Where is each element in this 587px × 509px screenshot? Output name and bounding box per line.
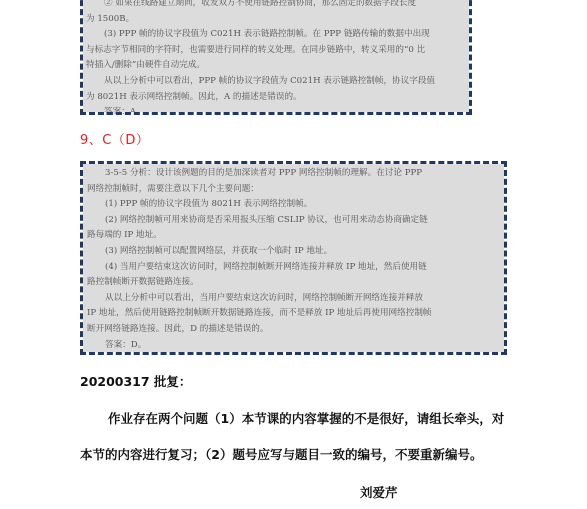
scan-answer-line: 答案：D。 bbox=[87, 338, 500, 354]
scanned-textbook-excerpt-1: ② 如果在线路建立期间，收发双方不使用链路控制协商，那么固定的数据字段长度 为 … bbox=[83, 0, 469, 112]
scan-line: 路每端的 IP 地址。 bbox=[87, 228, 500, 244]
scan-line: 为 1500B。 bbox=[86, 12, 465, 28]
scan-line: 为 8021H 表示网络控制帧。因此，A 的描述是错误的。 bbox=[86, 90, 465, 106]
scan-line: 从以上分析中可以看出，PPP 帧的协议字段值为 C021H 表示链路控制帧，协议… bbox=[86, 74, 465, 90]
scan-line: 网络控制帧时，需要注意以下几个主要问题： bbox=[87, 182, 500, 198]
scan-line: 与标志字节相同的字符时，也需要进行同样的转义处理。在同步链路中，转义采用的“0 … bbox=[86, 43, 465, 59]
scan-line: IP 地址，然后使用链路控制帧断开数据链路连接，而不是释放 IP 地址后再使用网… bbox=[87, 306, 500, 322]
scan-line: (2) 网络控制帧可用来协商是否采用报头压缩 CSLIP 协议，也可用来动态协商… bbox=[87, 213, 500, 229]
scanned-textbook-excerpt-2: 3-5-5 分析：设计该例题的目的是加深读者对 PPP 网络控制帧的理解。在讨论… bbox=[83, 164, 504, 352]
scan-line: (4) 当用户要结束这次访问时，网络控制帧断开网络连接并释放 IP 地址，然后使… bbox=[87, 260, 500, 276]
review-heading: 20200317 批复： bbox=[80, 372, 191, 390]
scan-answer-line: 答案：A。 bbox=[86, 105, 465, 121]
answer-heading: 9、C（D） bbox=[80, 129, 149, 148]
reviewer-signature: 刘爱芹 bbox=[360, 483, 398, 501]
scan-line: (3) 网络控制帧可以配置网络层，并获取一个临时 IP 地址。 bbox=[87, 244, 500, 260]
scan-line: 3-5-5 分析：设计该例题的目的是加深读者对 PPP 网络控制帧的理解。在讨论… bbox=[87, 166, 500, 182]
scan-line: 断开网络链路连接。因此，D 的描述是错误的。 bbox=[87, 322, 500, 338]
review-comment-line-1: 作业存在两个问题（1）本节课的内容掌握的不是很好，请组长牵头，对 bbox=[108, 409, 504, 427]
scan-line: ② 如果在线路建立期间，收发双方不使用链路控制协商，那么固定的数据字段长度 bbox=[86, 0, 465, 12]
scan-line: 路控制帧断开数据链路连接。 bbox=[87, 275, 500, 291]
scan-line: (1) PPP 帧的协议字段值为 8021H 表示网络控制帧。 bbox=[87, 197, 500, 213]
scan-line: 从以上分析中可以看出，当用户要结束这次访问时，网络控制帧断开网络连接并释放 bbox=[87, 291, 500, 307]
review-comment-line-2: 本节的内容进行复习；（2）题号应写与题目一致的编号，不要重新编号。 bbox=[80, 445, 482, 463]
scan-line: (3) PPP 帧的协议字段值为 C021H 表示链路控制帧。在 PPP 链路传… bbox=[86, 27, 465, 43]
scan-line: 特插入/删除”由硬件自动完成。 bbox=[86, 58, 465, 74]
